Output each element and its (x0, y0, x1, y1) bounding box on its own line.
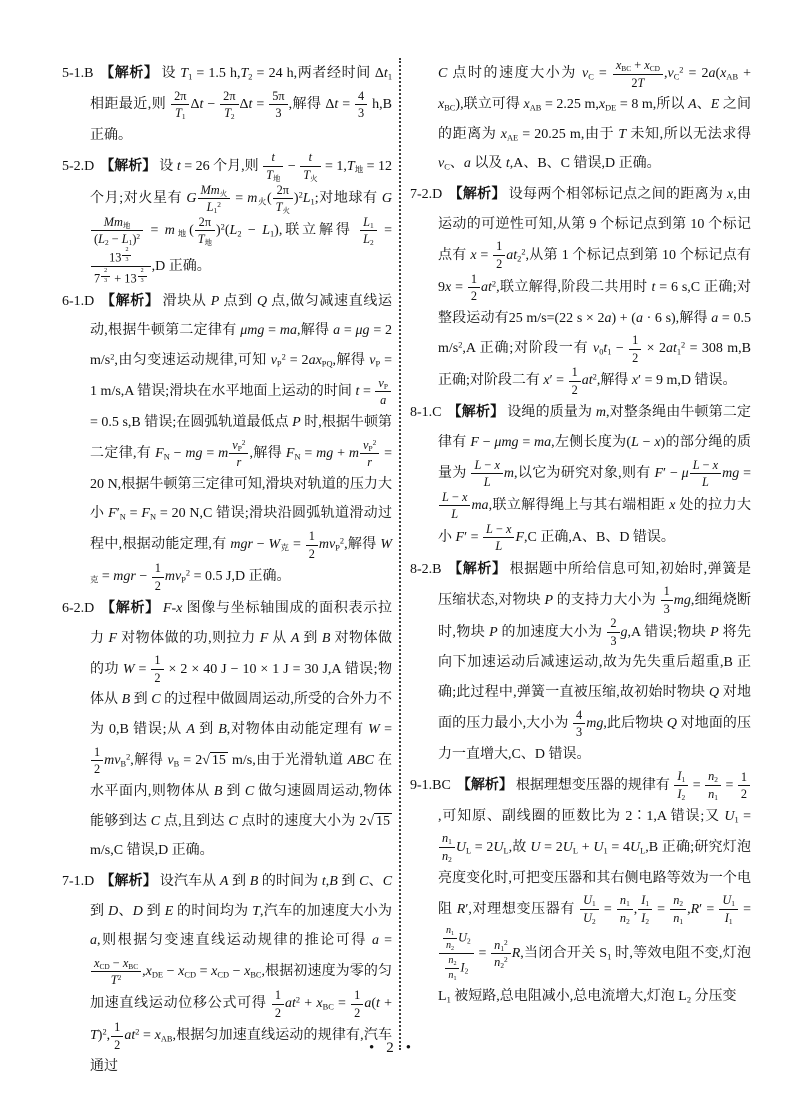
solution-label: 6-2.D (62, 601, 94, 616)
solution-item: 8-2.B【解析】根据题中所给信息可知,初始时,弹簧是压缩状态,对物块 P 的支… (410, 554, 751, 770)
solution-item: 5-2.D【解析】设 t = 26 个月,则 tT地 − tT火 = 1,T地 … (62, 150, 392, 285)
footer-decor-right: • (406, 1040, 411, 1056)
solution-label: 5-2.D (62, 159, 94, 174)
explain-tag: 【解析】 (100, 292, 159, 308)
explain-tag: 【解析】 (457, 776, 513, 792)
solution-label: 7-2.D (410, 187, 442, 202)
left-column: 5-1.B【解析】设 T1 = 1.5 h,T2 = 24 h,两者经时间 Δt… (62, 58, 398, 1082)
solution-item: 6-1.D【解析】滑块从 P 点到 Q 点,做匀减速直线运动,根据牛顿第二定律有… (62, 286, 392, 593)
explain-tag: 【解析】 (100, 64, 159, 80)
explain-tag: 【解析】 (448, 560, 507, 576)
explain-tag: 【解析】 (100, 599, 160, 615)
document-page: 5-1.B【解析】设 T1 = 1.5 h,T2 = 24 h,两者经时间 Δt… (0, 0, 800, 1114)
solution-item: C 点时的速度大小为 vC = xBC + xCD2T,vC2 = 2a(xAB… (410, 58, 751, 179)
page-number: 2 (386, 1040, 394, 1056)
solution-body: F-x 图像与坐标轴围成的面积表示拉力 F 对物体做的功,则拉力 F 从 A 到… (90, 601, 392, 858)
solution-label: 8-1.C (410, 405, 442, 420)
footer-decor-left: • (369, 1040, 374, 1056)
solution-label: 8-2.B (410, 562, 442, 577)
explain-tag: 【解析】 (448, 185, 505, 201)
solution-label: 5-1.B (62, 66, 94, 81)
explain-tag: 【解析】 (100, 872, 157, 888)
solution-label: 9-1.BC (410, 778, 451, 793)
explain-tag: 【解析】 (100, 157, 156, 173)
right-column: C 点时的速度大小为 vC = xBC + xCD2T,vC2 = 2a(xAB… (399, 58, 751, 1050)
solution-body: C 点时的速度大小为 vC = xBC + xCD2T,vC2 = 2a(xAB… (438, 66, 751, 171)
solution-body: 滑块从 P 点到 Q 点,做匀减速直线运动,根据牛顿第二定律有 μmg = ma… (90, 294, 392, 585)
solution-item: 7-2.D【解析】设每两个相邻标记点之间的距离为 x,由运动的可逆性可知,从第 … (410, 179, 751, 397)
solution-body: 根据理想变压器的规律有 I1I2 = n2n1 = 12,可知原、副线圈的匝数比… (438, 778, 751, 1004)
solution-item: 9-1.BC【解析】根据理想变压器的规律有 I1I2 = n2n1 = 12,可… (410, 769, 751, 1011)
solution-body: 根据题中所给信息可知,初始时,弹簧是压缩状态,对物块 P 的支持力大小为 13m… (438, 562, 751, 762)
solution-body: 设 t = 26 个月,则 tT地 − tT火 = 1,T地 = 12 个月;对… (90, 159, 392, 274)
solution-body: 设绳的质量为 m,对整条绳由牛顿第二定律有 F − μmg = ma,左侧长度为… (438, 405, 751, 545)
solution-item: 5-1.B【解析】设 T1 = 1.5 h,T2 = 24 h,两者经时间 Δt… (62, 58, 392, 150)
solution-item: 8-1.C【解析】设绳的质量为 m,对整条绳由牛顿第二定律有 F − μmg =… (410, 397, 751, 553)
solution-label: 7-1.D (62, 874, 94, 889)
solution-body: 设每两个相邻标记点之间的距离为 x,由运动的可逆性可知,从第 9 个标记点到第 … (438, 187, 751, 388)
solutions-content: 5-1.B【解析】设 T1 = 1.5 h,T2 = 24 h,两者经时间 Δt… (62, 58, 751, 1082)
solution-label: 6-1.D (62, 294, 94, 309)
solution-item: 6-2.D【解析】F-x 图像与坐标轴围成的面积表示拉力 F 对物体做的功,则拉… (62, 593, 392, 866)
page-footer: •2• (0, 1040, 780, 1057)
explain-tag: 【解析】 (448, 403, 505, 419)
